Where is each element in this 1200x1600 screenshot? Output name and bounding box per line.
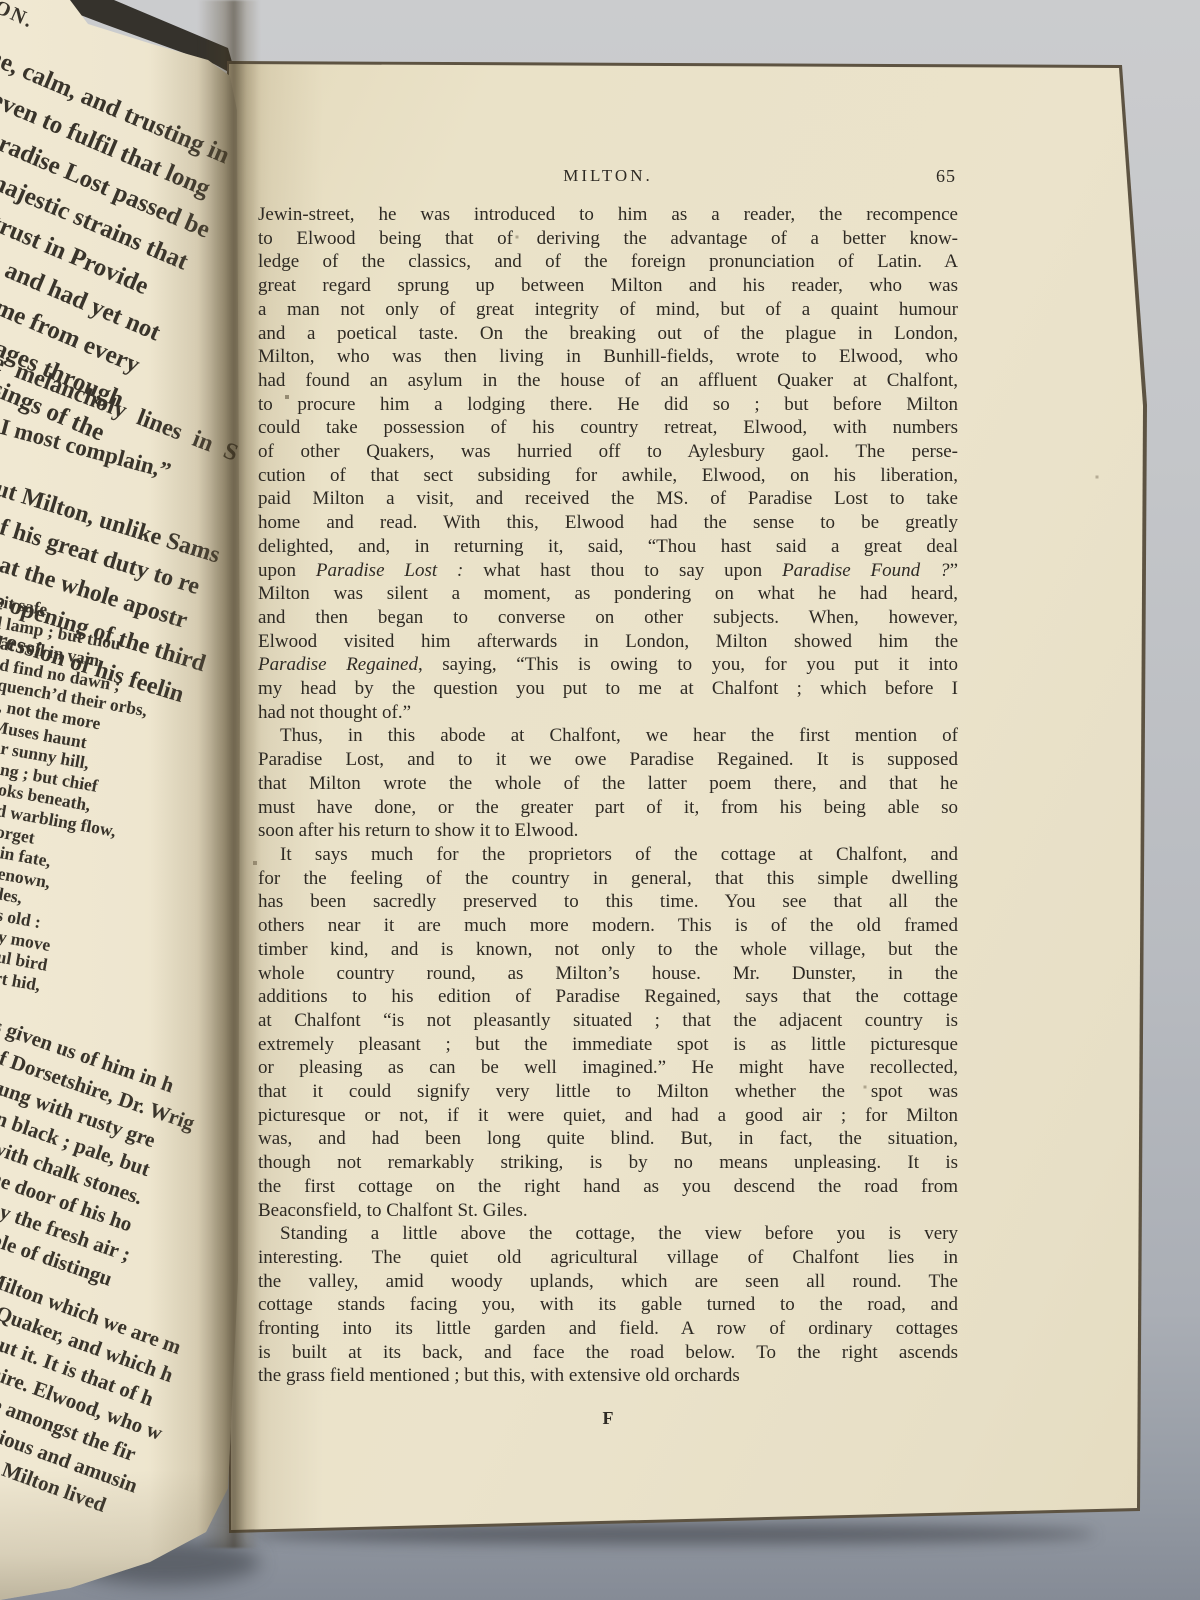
text-line: at Chalfont “is not pleasantly situated … bbox=[258, 1009, 958, 1033]
text-line: upon Paradise Lost : what hast thou to s… bbox=[258, 559, 958, 583]
text-line: has been sacredly preserved to this time… bbox=[258, 890, 958, 914]
running-header: MILTON. bbox=[258, 166, 958, 186]
text-line: home and read. With this, Elwood had the… bbox=[258, 511, 958, 535]
text-line: It says much for the proprietors of the … bbox=[258, 843, 958, 867]
text-line: of other Quakers, was hurried off to Ayl… bbox=[258, 440, 958, 464]
text-line: that it could signify very little to Mil… bbox=[258, 1080, 958, 1104]
text-line: the valley, amid woody uplands, which ar… bbox=[258, 1270, 958, 1294]
text-line: delighted, and, in returning it, said, “… bbox=[258, 535, 958, 559]
text-line: cottage stands facing you, with its gabl… bbox=[258, 1293, 958, 1317]
text-line: Thus, in this abode at Chalfont, we hear… bbox=[258, 724, 958, 748]
text-line: others near it are much more modern. Thi… bbox=[258, 914, 958, 938]
text-line: is built at its back, and face the road … bbox=[258, 1341, 958, 1365]
text-line: soon after his return to show it to Elwo… bbox=[258, 819, 958, 843]
text-line: Standing a little above the cottage, the… bbox=[258, 1222, 958, 1246]
text-line: or pleasing as can be well imagined.” He… bbox=[258, 1056, 958, 1080]
left-running-header-fragment: ON. bbox=[0, 0, 37, 34]
right-page-paper: MILTON. 65 Jewin-street, he was introduc… bbox=[216, 56, 1150, 1550]
text-line: my head by the question you put to me at… bbox=[258, 677, 958, 701]
text-line: that Milton wrote the whole of the latte… bbox=[258, 772, 958, 796]
page-header: MILTON. 65 bbox=[258, 166, 958, 192]
text-line: additions to his edition of Paradise Reg… bbox=[258, 985, 958, 1009]
text-line: Jewin-street, he was introduced to him a… bbox=[258, 203, 958, 227]
text-line: had not thought of.” bbox=[258, 701, 958, 725]
right-page: MILTON. 65 Jewin-street, he was introduc… bbox=[216, 56, 1150, 1550]
text-line: the grass field mentioned ; but this, wi… bbox=[258, 1364, 958, 1388]
text-line: must have done, or the greater part of i… bbox=[258, 796, 958, 820]
text-line: a man not only of great integrity of min… bbox=[258, 298, 958, 322]
text-line: ledge of the classics, and of the foreig… bbox=[258, 250, 958, 274]
left-page-poem-block: isit safe,al lamp ; but thouthat roll in… bbox=[0, 590, 163, 1005]
text-line: for the feeling of the country in genera… bbox=[258, 867, 958, 891]
text-line: and a poetical taste. On the breaking ou… bbox=[258, 322, 958, 346]
text-line: could take possession of his country ret… bbox=[258, 416, 958, 440]
text-line: to Elwood being that of deriving the adv… bbox=[258, 227, 958, 251]
text-line: interesting. The quiet old agricultural … bbox=[258, 1246, 958, 1270]
body-text: Jewin-street, he was introduced to him a… bbox=[258, 203, 958, 1388]
text-line: picturesque or not, if it were quiet, an… bbox=[258, 1104, 958, 1128]
text-line: extremely pleasant ; but the immediate s… bbox=[258, 1033, 958, 1057]
text-line: though not remarkably striking, is by no… bbox=[258, 1151, 958, 1175]
text-line: Milton, who was then living in Bunhill-f… bbox=[258, 345, 958, 369]
text-line: cution of that sect subsiding for awhile… bbox=[258, 464, 958, 488]
text-line: the first cottage on the right hand as y… bbox=[258, 1175, 958, 1199]
text-line: whole country round, as Milton’s house. … bbox=[258, 962, 958, 986]
text-line: and then began to converse on other subj… bbox=[258, 606, 958, 630]
text-line: Beaconsfield, to Chalfont St. Giles. bbox=[258, 1199, 958, 1223]
spine-crease-shadow bbox=[198, 0, 260, 1548]
text-line: had found an asylum in the house of an a… bbox=[258, 369, 958, 393]
text-line: Milton was silent a moment, as pondering… bbox=[258, 582, 958, 606]
text-line: Elwood visited him afterwards in London,… bbox=[258, 630, 958, 654]
text-line: great regard sprung up between Milton an… bbox=[258, 274, 958, 298]
book-photo: MILTON. 65 Jewin-street, he was introduc… bbox=[0, 0, 1200, 1600]
page-number: 65 bbox=[936, 166, 956, 187]
text-line: timber kind, and is known, not only to t… bbox=[258, 938, 958, 962]
text-line: Paradise Lost, and to it we owe Paradise… bbox=[258, 748, 958, 772]
signature-mark: F bbox=[258, 1408, 958, 1429]
text-line: Paradise Regained, saying, “This is owin… bbox=[258, 653, 958, 677]
text-line: paid Milton a visit, and received the MS… bbox=[258, 487, 958, 511]
text-line: fronting into its little garden and fiel… bbox=[258, 1317, 958, 1341]
text-line: was, and had been long quite blind. But,… bbox=[258, 1127, 958, 1151]
text-line: to procure him a lodging there. He did s… bbox=[258, 393, 958, 417]
